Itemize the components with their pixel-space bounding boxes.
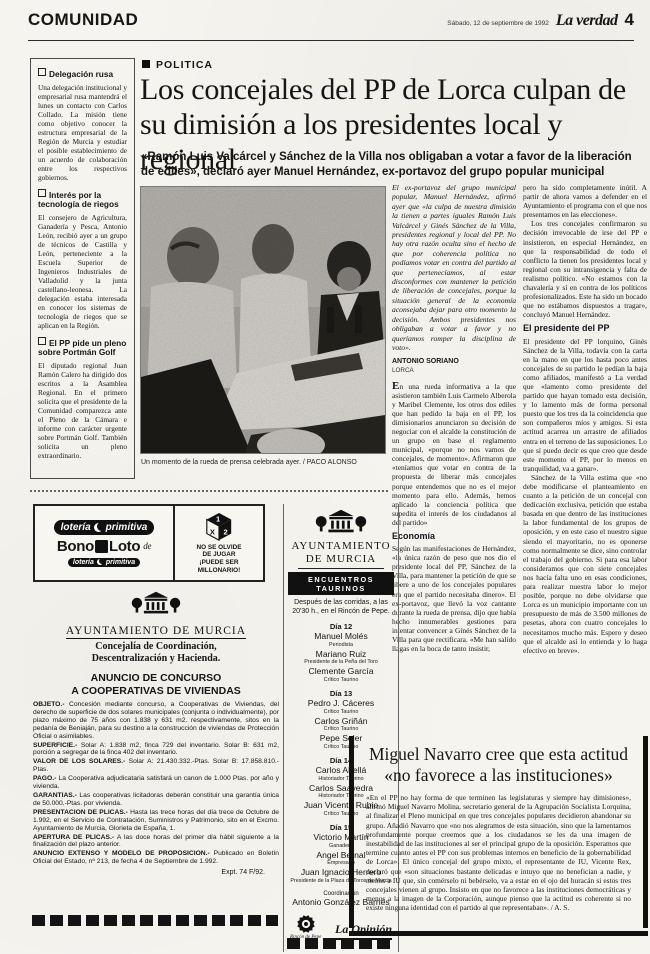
- paper-logo: La verdad: [556, 12, 618, 30]
- speaker-role: Crítico Taurino: [288, 709, 394, 715]
- speaker-name: Clemente García: [288, 667, 394, 677]
- brief-item: Delegación rusa Una delegación instituci…: [38, 68, 127, 182]
- page-number: 4: [625, 10, 634, 30]
- clause: SUPERFICIE.- Solar A: 1.838 m2, finca 72…: [33, 742, 279, 758]
- town-hall-icon: [130, 590, 182, 616]
- speaker-role: Crítico Taurino: [288, 726, 394, 732]
- photo-caption: Un momento de la rueda de prensa celebra…: [141, 459, 391, 466]
- dotted-separator: [30, 490, 388, 492]
- section-kicker: POLITICA: [142, 59, 213, 71]
- issue-date: Sábado, 12 de septiembre de 1992: [447, 20, 549, 27]
- article-lead: El ex-portavoz del grupo municipal popul…: [392, 183, 516, 352]
- day-heading: Día 12: [288, 622, 394, 631]
- lottery-slogan: NO SE OLVIDE DE JUGAR ¡PUEDE SER MILLONA…: [197, 544, 242, 574]
- article-subhead: Economía: [392, 532, 516, 541]
- speaker-name: Manuel Molés: [288, 632, 394, 642]
- article-column-3: pero ha sido completamente inútil. A par…: [523, 183, 647, 739]
- lottery-ad: lotería primitiva Bono Loto de lotería p…: [33, 504, 265, 582]
- box-body: «En el PP no hay forma de que terminen l…: [366, 793, 631, 913]
- speaker-role: Crítico Taurino: [288, 677, 394, 683]
- article-deck: «Ramón Luis Valcárcel y Sánchez de la Vi…: [141, 150, 641, 179]
- masthead-rule: [28, 40, 634, 41]
- press-photo-image: [141, 187, 385, 453]
- byline-author: ANTONIO SORIANO: [392, 357, 516, 366]
- newspaper-page: COMUNIDAD Sábado, 12 de septiembre de 19…: [0, 0, 650, 954]
- article-paragraph: Los tres concejales confirmaron su decis…: [523, 219, 647, 319]
- checker-strip: [32, 915, 278, 926]
- day-heading: Día 13: [288, 689, 394, 698]
- section-title: COMUNIDAD: [28, 10, 138, 30]
- article-paragraph: pero ha sido completamente inútil. A par…: [523, 183, 647, 219]
- event-banner: ENCUENTROS TAURINOS: [288, 572, 394, 595]
- speaker-name: Mariano Ruiz: [288, 650, 394, 660]
- clause: PRESENTACION DE PLICAS.- Hasta las trece…: [33, 809, 279, 833]
- article-column-2: El ex-portavoz del grupo municipal popul…: [392, 183, 516, 735]
- starburst-icon: [295, 913, 317, 935]
- brief-bullet-icon: [38, 337, 46, 345]
- article-subhead: El presidente del PP: [523, 324, 647, 333]
- brief-title: Interés por la tecnología de riegos: [38, 190, 119, 210]
- clause: APERTURA DE PLICAS.- A las doce horas de…: [33, 834, 279, 850]
- press-photo: [140, 186, 386, 454]
- navarro-quote-box: Miguel Navarro cree que esta actitud «no…: [349, 736, 648, 928]
- brief-bullet-icon: [38, 189, 46, 197]
- kicker-bullet-icon: [142, 60, 150, 68]
- sidebar-briefs-box: Delegación rusa Una delegación instituci…: [30, 58, 135, 479]
- brief-item: Interés por la tecnología de riegos El c…: [38, 189, 127, 330]
- box-title: Miguel Navarro cree que esta actitud «no…: [366, 744, 631, 786]
- article-paragraph: En una rueda informativa a la que asisti…: [392, 382, 516, 528]
- clover-icon: [95, 540, 108, 553]
- concurso-ad: AYUNTAMIENTO DE MURCIA Concejalía de Coo…: [30, 588, 282, 930]
- speaker-name: Pedro J. Cáceres: [288, 699, 394, 709]
- svg-text:X: X: [210, 527, 215, 536]
- notice-title: ANUNCIO DE CONCURSO A COOPERATIVAS DE VI…: [33, 672, 279, 697]
- org-name: AYUNTAMIENTO DE MURCIA: [66, 625, 246, 639]
- day-block: Día 12 Manuel Molés Periodista Mariano R…: [288, 622, 394, 683]
- speaker-role: Presidente de la Peña del Toro: [288, 659, 394, 665]
- brief-body: Una delegación institucional y empresari…: [38, 83, 127, 182]
- brief-body: El diputado regional Juan Ramón Calero h…: [38, 361, 127, 460]
- org-dept: Concejalía de Coordinación, Descentraliz…: [33, 641, 279, 665]
- box-bottom-rule: [349, 931, 648, 936]
- rincon-de-pepe-logo: Rincón de Pepe: [290, 913, 321, 940]
- article-paragraph: El presidente del PP lorquino, Ginés Sán…: [523, 337, 647, 473]
- article-paragraph: Según las manifestaciones de Hernández, …: [392, 544, 516, 653]
- speaker-name: Carlos Griñán: [288, 717, 394, 727]
- dice-1x2-icon: 1 X 2: [204, 512, 234, 542]
- event-intro: Después de las corridas, a las 20'30 h.,…: [288, 599, 394, 616]
- brief-item: El PP pide un pleno sobre Portmán Golf E…: [38, 337, 127, 460]
- article-paragraph: Sánchez de la Villa estima que «no debe …: [523, 473, 647, 655]
- notice-clauses: OBJETO.- Concesión mediante concurso, a …: [33, 701, 279, 866]
- brief-title: El PP pide un pleno sobre Portmán Golf: [38, 338, 126, 358]
- clause: ANUNCIO EXTENSO Y MODELO DE PROPOSICION.…: [33, 850, 279, 866]
- svg-text:2: 2: [223, 527, 227, 536]
- org-name: AYUNTAMIENTO DE MURCIA: [288, 540, 394, 565]
- speaker-role: Periodista: [288, 642, 394, 648]
- brief-body: El consejero de Agricultura, Ganadería y…: [38, 213, 127, 330]
- masthead: COMUNIDAD Sábado, 12 de septiembre de 19…: [28, 10, 634, 30]
- town-hall-icon: [313, 508, 369, 535]
- rule: [298, 568, 384, 569]
- bonoloto-logo: Bono Loto de: [57, 538, 151, 555]
- loteria-primitiva-logo: lotería primitiva: [54, 520, 155, 535]
- clause: GARANTIAS.- Las cooperativas licitadoras…: [33, 792, 279, 808]
- loteria-primitiva-logo-small: lotería primitiva: [68, 558, 140, 567]
- moon-icon: [94, 523, 103, 532]
- clause: VALOR DE LOS SOLARES.- Solar A: 21.430.3…: [33, 758, 279, 774]
- byline-place: LORCA: [392, 366, 516, 375]
- brief-title: Delegación rusa: [49, 69, 113, 79]
- svg-text:1: 1: [216, 514, 220, 523]
- notice-reference: Expt. 74 F/92.: [33, 869, 279, 876]
- clause: OBJETO.- Concesión mediante concurso, a …: [33, 701, 279, 741]
- checker-strip: [287, 938, 395, 949]
- byline: ANTONIO SORIANO LORCA: [392, 357, 516, 375]
- brief-bullet-icon: [38, 68, 46, 76]
- clause: PAGO.- La Cooperativa adjudicataria sati…: [33, 775, 279, 791]
- moon-icon: [97, 559, 103, 565]
